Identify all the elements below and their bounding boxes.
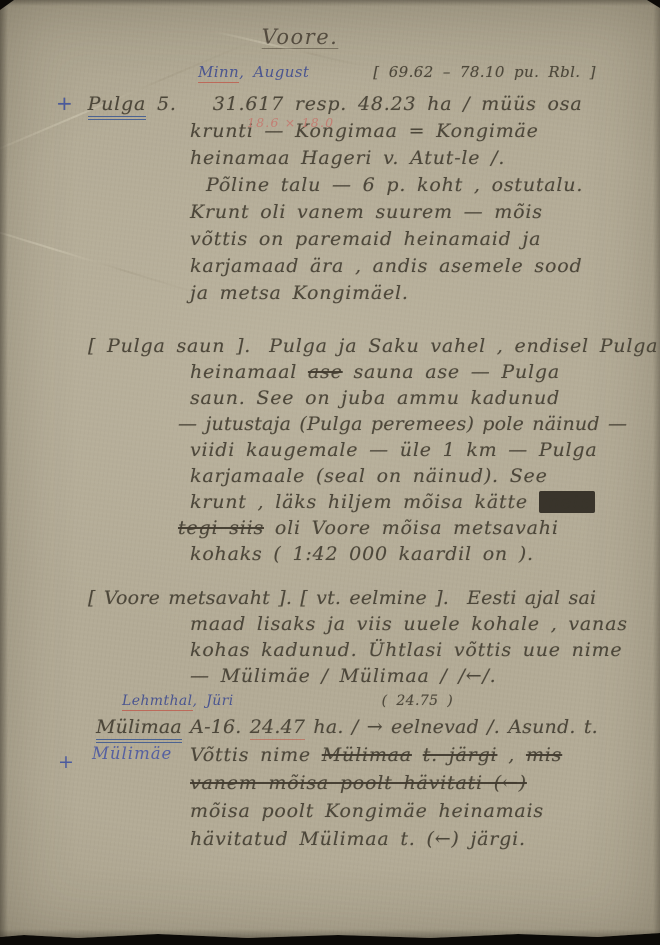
header-annotations: Minn, August[ 69.62 – 78.10 pu. Rbl. ]: [0, 60, 660, 84]
text-segment: mets: [539, 491, 595, 513]
collector-name: Minn: [198, 63, 239, 83]
text-segment: vanem mõisa poolt hävitati (←): [190, 772, 527, 794]
scan-corner: [0, 0, 14, 10]
text-segment: [412, 744, 423, 766]
handwritten-line: võttis on paremaid heinamaid ja: [0, 226, 660, 253]
text-segment: Põline talu — 6 p. koht , ostutalu.: [206, 174, 583, 196]
handwritten-line: hävitatud Mülimaa t. (←) järgi.: [0, 825, 660, 853]
scan-edge-shadow: [0, 0, 660, 6]
handwritten-line: Võttis nime Mülimaa t. järgi , mis: [0, 741, 660, 769]
handwritten-line: — Mülimäe / Mülimaa / /←/.: [0, 663, 660, 689]
handwritten-line: tegi siis oli Voore mõisa metsavahi: [0, 515, 660, 541]
handwritten-line: ja metsa Kongimäel.: [0, 280, 660, 307]
text-segment: hävitatud Mülimaa t. (←) järgi.: [190, 828, 526, 850]
text-segment: Pulga ja Saku vahel , endisel Pulga: [269, 335, 658, 357]
handwritten-line: [ Voore metsavaht ]. [ vt. eelmine ].Ees…: [0, 585, 660, 611]
price-range-note: [ 69.62 – 78.10 pu. Rbl. ]: [373, 63, 596, 81]
handwritten-line: maad lisaks ja viis uuele kohale , vanas: [0, 611, 660, 637]
entry-voore-metsavaht: [ Voore metsavaht ]. [ vt. eelmine ].Ees…: [0, 585, 660, 689]
text-segment: karjamaale (seal on näinud). See: [190, 465, 548, 487]
handwritten-line: kohas kadunud. Ühtlasi võttis uue nime: [0, 637, 660, 663]
entry-pulga: +Pulga 5.31.617 resp. 48.23 ha / müüs os…: [0, 90, 660, 307]
handwritten-line: heinamaal ase sauna ase — Pulga: [0, 359, 660, 385]
scanned-manuscript-page: { "document": { "title": "Voore.", "entr…: [0, 0, 660, 945]
text-segment: võttis on paremaid heinamaid ja: [190, 228, 541, 250]
text-segment: Krunt oli vanem suurem — mõis: [190, 201, 543, 223]
entry-mylimaa: Mülimaa A-16. 24.47 ha. / → eelnevad /. …: [0, 713, 660, 853]
text-segment: ase: [308, 361, 343, 383]
text-segment: — Mülimäe / Mülimaa / /←/.: [190, 665, 497, 687]
collector-name: Lehmthal: [122, 693, 193, 711]
text-segment: mis: [526, 744, 562, 766]
farm-name: Pulga: [88, 93, 147, 120]
handwritten-line: kohaks ( 1:42 000 kaardil on ).: [0, 541, 660, 567]
farm-name: Mülimaa: [96, 716, 182, 743]
handwritten-line: Põline talu — 6 p. koht , ostutalu.: [0, 172, 660, 199]
farm-number: A-16.: [182, 716, 250, 738]
handwritten-line: Lehmthal, Jüri( 24.75 ): [0, 691, 660, 711]
handwritten-line: — jutustaja (Pulga peremees) pole näinud…: [0, 411, 660, 437]
text-segment: karjamaad ära , andis asemele sood: [190, 255, 582, 277]
text-segment: heinamaa Hageri v. Atut-le /.: [190, 147, 505, 169]
handwritten-line: karjamaale (seal on näinud). See: [0, 463, 660, 489]
handwritten-line: krunti — Kongimaa = Kongimäe: [0, 118, 660, 145]
text-segment: Mülimaa: [322, 744, 412, 766]
text-segment: heinamaal: [190, 361, 308, 383]
text-segment: sauna ase — Pulga: [343, 361, 560, 383]
text-segment: krunt , läks hiljem mõisa kätte: [190, 491, 539, 513]
plus-mark: +: [56, 91, 74, 115]
text-segment: viidi kaugemale — üle 1 km — Pulga: [190, 439, 598, 461]
text-segment: t. järgi: [423, 744, 498, 766]
handwritten-line: viidi kaugemale — üle 1 km — Pulga: [0, 437, 660, 463]
collector-name: , Jüri: [193, 693, 234, 709]
text-segment: ja metsa Kongimäel.: [190, 282, 409, 304]
area-alt-note: ( 24.75 ): [382, 693, 454, 709]
area-note: 31.617 resp. 48.23 ha / müüs osa: [213, 93, 583, 115]
area-value: 24.47: [250, 716, 305, 740]
handwritten-line: Krunt oli vanem suurem — mõis: [0, 199, 660, 226]
entry-heading: [ Voore metsavaht ]. [ vt. eelmine ].: [88, 587, 449, 609]
page-title: Voore.: [0, 22, 600, 52]
handwritten-line: karjamaad ära , andis asemele sood: [0, 253, 660, 280]
handwritten-line: saun. See on juba ammu kadunud: [0, 385, 660, 411]
text-segment: kohas kadunud. Ühtlasi võttis uue nime: [190, 639, 622, 661]
text-segment: kohaks ( 1:42 000 kaardil on ).: [190, 543, 534, 565]
handwritten-line: heinamaa Hageri v. Atut-le /.: [0, 145, 660, 172]
collector-name: , August: [239, 63, 309, 81]
text-segment: saun. See on juba ammu kadunud: [190, 387, 560, 409]
text-segment: — jutustaja (Pulga peremees) pole näinud…: [178, 413, 627, 435]
handwritten-line: mõisa poolt Kongimäe heinamais: [0, 797, 660, 825]
text-segment: Eesti ajal sai: [467, 587, 596, 609]
manuscript-paper: Voore. Minn, August[ 69.62 – 78.10 pu. R…: [0, 0, 660, 945]
handwritten-line: Minn, August[ 69.62 – 78.10 pu. Rbl. ]: [0, 60, 660, 84]
text-segment: ,: [497, 744, 526, 766]
handwritten-line: [ Pulga saun ].Pulga ja Saku vahel , end…: [0, 333, 660, 359]
handwritten-entries: Minn, August[ 69.62 – 78.10 pu. Rbl. ]+P…: [0, 60, 660, 853]
scan-corner: [647, 0, 660, 8]
collector-annotation-2: Lehmthal, Jüri( 24.75 ): [0, 691, 660, 711]
handwritten-line: krunt , läks hiljem mõisa kätte mets: [0, 489, 660, 515]
entry-heading: [ Pulga saun ].: [88, 335, 251, 357]
text-segment: oli Voore mõisa metsavahi: [264, 517, 559, 539]
text-segment: maad lisaks ja viis uuele kohale , vanas: [190, 613, 628, 635]
entry-pulga-saun: [ Pulga saun ].Pulga ja Saku vahel , end…: [0, 333, 660, 567]
handwritten-line: Mülimaa A-16. 24.47 ha. / → eelnevad /. …: [0, 713, 660, 741]
text-segment: krunti — Kongimaa = Kongimäe: [190, 120, 539, 142]
handwritten-line: vanem mõisa poolt hävitati (←): [0, 769, 660, 797]
text-segment: Võttis nime: [190, 744, 322, 766]
farm-number: 5.: [146, 93, 177, 115]
text-segment: ha. / → eelnevad /. Asund. t.: [305, 716, 598, 738]
text-segment: tegi siis: [178, 517, 264, 539]
handwritten-line: +Pulga 5.31.617 resp. 48.23 ha / müüs os…: [0, 90, 660, 118]
scan-edge-shadow: [0, 929, 660, 939]
text-segment: mõisa poolt Kongimäe heinamais: [190, 800, 544, 822]
